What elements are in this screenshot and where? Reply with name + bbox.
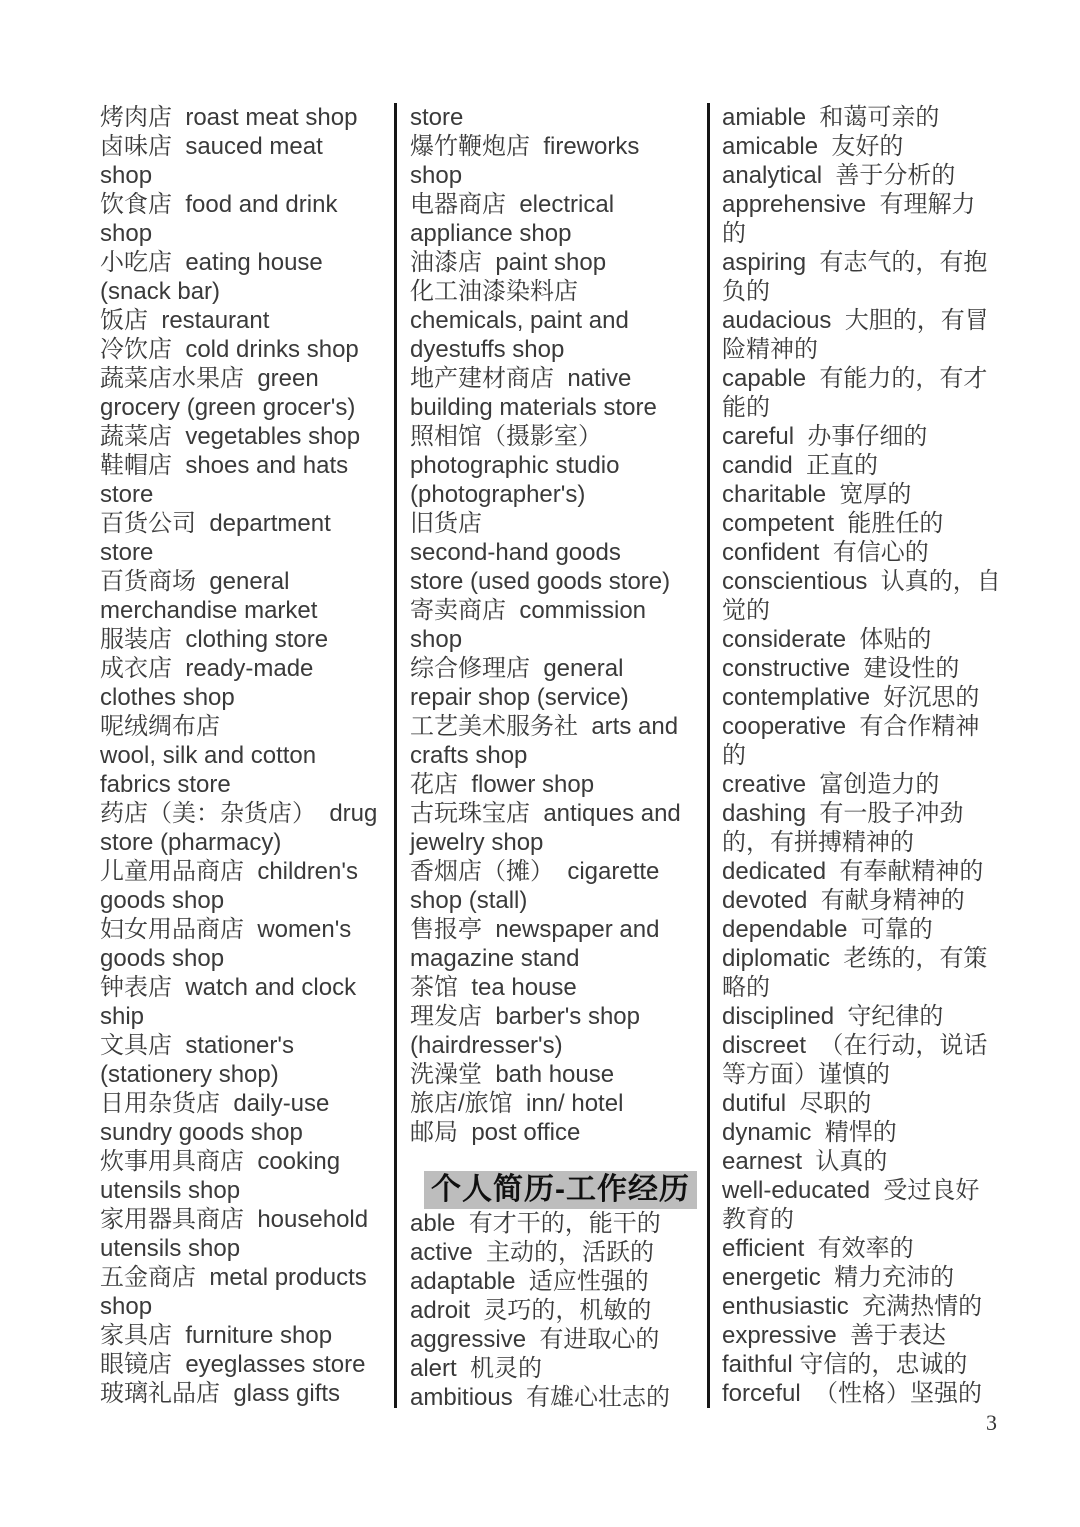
vocab-line: goods shop bbox=[100, 886, 394, 915]
vocab-line: 爆竹鞭炮店 fireworks bbox=[410, 132, 707, 161]
vocab-line: shop bbox=[410, 161, 707, 190]
page-content: 烤肉店 roast meat shop卤味店 sauced meatshop饮食… bbox=[100, 103, 1010, 1412]
vocab-line: 烤肉店 roast meat shop bbox=[100, 103, 394, 132]
vocab-line: adroit 灵巧的，机敏的 bbox=[410, 1296, 707, 1325]
vocab-line: 茶馆 tea house bbox=[410, 973, 707, 1002]
vocab-line: ship bbox=[100, 1002, 394, 1031]
vocab-line: dashing 有一股子冲劲 bbox=[722, 799, 1010, 828]
vocab-line: 文具店 stationer's bbox=[100, 1031, 394, 1060]
vocab-line: 觉的 bbox=[722, 596, 1010, 625]
vocab-line: ambitious 有雄心壮志的 bbox=[410, 1383, 707, 1412]
vocab-line: sundry goods shop bbox=[100, 1118, 394, 1147]
vocab-line: 百货商场 general bbox=[100, 567, 394, 596]
vocab-line: earnest 认真的 bbox=[722, 1147, 1010, 1176]
column-personal-quality-adjectives: amiable 和蔼可亲的amicable 友好的analytical 善于分析… bbox=[710, 103, 1010, 1408]
vocab-line: careful 办事仔细的 bbox=[722, 422, 1010, 451]
vocab-line: able 有才干的，能干的 bbox=[410, 1209, 707, 1238]
vocab-line: 照相馆（摄影室） bbox=[410, 422, 707, 451]
vocab-line: cooperative 有合作精神 bbox=[722, 712, 1010, 741]
vocab-line: aggressive 有进取心的 bbox=[410, 1325, 707, 1354]
vocab-line: expressive 善于表达 bbox=[722, 1321, 1010, 1350]
vocab-line: dependable 可靠的 bbox=[722, 915, 1010, 944]
vocab-line: competent 能胜任的 bbox=[722, 509, 1010, 538]
column-2-top-lines: store爆竹鞭炮店 fireworksshop电器商店 electricala… bbox=[410, 103, 707, 1147]
vocab-line: considerate 体贴的 bbox=[722, 625, 1010, 654]
vocab-line: second-hand goods bbox=[410, 538, 707, 567]
vocab-line: building materials store bbox=[410, 393, 707, 422]
vocab-line: 理发店 barber's shop bbox=[410, 1002, 707, 1031]
vocab-line: 的，有拼搏精神的 bbox=[722, 828, 1010, 857]
vocab-line: 卤味店 sauced meat bbox=[100, 132, 394, 161]
vocab-line: constructive 建设性的 bbox=[722, 654, 1010, 683]
vocab-line: 成衣店 ready-made bbox=[100, 654, 394, 683]
vocab-line: 教育的 bbox=[722, 1205, 1010, 1234]
vocab-line: 略的 bbox=[722, 973, 1010, 1002]
vocab-line: efficient 有效率的 bbox=[722, 1234, 1010, 1263]
vocab-line: well-educated 受过良好 bbox=[722, 1176, 1010, 1205]
vocab-line: 服装店 clothing store bbox=[100, 625, 394, 654]
vocab-line: 旧货店 bbox=[410, 509, 707, 538]
vocab-line: shop bbox=[410, 625, 707, 654]
vocab-line: 药店（美：杂货店） drug bbox=[100, 799, 394, 828]
vocab-line: devoted 有献身精神的 bbox=[722, 886, 1010, 915]
vocab-line: shop bbox=[100, 1292, 394, 1321]
vocab-line: fabrics store bbox=[100, 770, 394, 799]
vocab-line: 花店 flower shop bbox=[410, 770, 707, 799]
vocab-line: photographic studio bbox=[410, 451, 707, 480]
column-shop-vocabulary-2: store爆竹鞭炮店 fireworksshop电器商店 electricala… bbox=[397, 103, 707, 1412]
vocab-line: 蔬菜店水果店 green bbox=[100, 364, 394, 393]
vocab-line: charitable 宽厚的 bbox=[722, 480, 1010, 509]
vocab-line: 家具店 furniture shop bbox=[100, 1321, 394, 1350]
vocab-line: 的 bbox=[722, 219, 1010, 248]
vocab-line: crafts shop bbox=[410, 741, 707, 770]
vocab-line: 邮局 post office bbox=[410, 1118, 707, 1147]
vocab-line: analytical 善于分析的 bbox=[722, 161, 1010, 190]
vocab-line: 炊事用具商店 cooking bbox=[100, 1147, 394, 1176]
column-shop-vocabulary-1: 烤肉店 roast meat shop卤味店 sauced meatshop饮食… bbox=[100, 103, 394, 1408]
vocab-line: 等方面）谨慎的 bbox=[722, 1060, 1010, 1089]
vocab-line: active 主动的，活跃的 bbox=[410, 1238, 707, 1267]
column-2-bottom-lines: able 有才干的，能干的active 主动的，活跃的adaptable 适应性… bbox=[410, 1209, 707, 1412]
vocab-line: conscientious 认真的，自 bbox=[722, 567, 1010, 596]
vocab-line: contemplative 好沉思的 bbox=[722, 683, 1010, 712]
vocab-line: 小吃店 eating house bbox=[100, 248, 394, 277]
vocab-line: 饭店 restaurant bbox=[100, 306, 394, 335]
vocab-line: amiable 和蔼可亲的 bbox=[722, 103, 1010, 132]
vocab-line: 呢绒绸布店 bbox=[100, 712, 394, 741]
vocab-line: 负的 bbox=[722, 277, 1010, 306]
vocab-line: 地产建材商店 native bbox=[410, 364, 707, 393]
vocab-line: dyestuffs shop bbox=[410, 335, 707, 364]
vocab-line: store bbox=[410, 103, 707, 132]
vocab-line: chemicals, paint and bbox=[410, 306, 707, 335]
vocab-line: (hairdresser's) bbox=[410, 1031, 707, 1060]
vocab-line: audacious 大胆的，有冒 bbox=[722, 306, 1010, 335]
vocab-line: (snack bar) bbox=[100, 277, 394, 306]
vocab-line: magazine stand bbox=[410, 944, 707, 973]
vocab-line: merchandise market bbox=[100, 596, 394, 625]
vocab-line: apprehensive 有理解力 bbox=[722, 190, 1010, 219]
vocab-line: store (used goods store) bbox=[410, 567, 707, 596]
document-page: 烤肉店 roast meat shop卤味店 sauced meatshop饮食… bbox=[0, 0, 1080, 1527]
vocab-line: alert 机灵的 bbox=[410, 1354, 707, 1383]
vocab-line: confident 有信心的 bbox=[722, 538, 1010, 567]
vocab-line: 电器商店 electrical bbox=[410, 190, 707, 219]
vocab-line: 的 bbox=[722, 741, 1010, 770]
vocab-line: goods shop bbox=[100, 944, 394, 973]
vocab-line: 能的 bbox=[722, 393, 1010, 422]
vocab-line: candid 正直的 bbox=[722, 451, 1010, 480]
vocab-line: 儿童用品商店 children's bbox=[100, 857, 394, 886]
vocab-line: 寄卖商店 commission bbox=[410, 596, 707, 625]
vocab-line: 妇女用品商店 women's bbox=[100, 915, 394, 944]
vocab-line: 工艺美术服务社 arts and bbox=[410, 712, 707, 741]
page-number: 3 bbox=[986, 1410, 997, 1436]
vocab-line: 古玩珠宝店 antiques and bbox=[410, 799, 707, 828]
vocab-line: shop bbox=[100, 219, 394, 248]
vocab-line: capable 有能力的，有才 bbox=[722, 364, 1010, 393]
vocab-line: store bbox=[100, 480, 394, 509]
vocab-line: store bbox=[100, 538, 394, 567]
vocab-line: clothes shop bbox=[100, 683, 394, 712]
vocab-line: 眼镜店 eyeglasses store bbox=[100, 1350, 394, 1379]
vocab-line: utensils shop bbox=[100, 1176, 394, 1205]
vocab-line: 香烟店（摊） cigarette bbox=[410, 857, 707, 886]
vocab-line: jewelry shop bbox=[410, 828, 707, 857]
vocab-line: creative 富创造力的 bbox=[722, 770, 1010, 799]
vocab-line: energetic 精力充沛的 bbox=[722, 1263, 1010, 1292]
vocab-line: 险精神的 bbox=[722, 335, 1010, 364]
vocab-line: dedicated 有奉献精神的 bbox=[722, 857, 1010, 886]
vocab-line: shop (stall) bbox=[410, 886, 707, 915]
vocab-line: adaptable 适应性强的 bbox=[410, 1267, 707, 1296]
vocab-line: faithful 守信的，忠诚的 bbox=[722, 1350, 1010, 1379]
vocab-line: grocery (green grocer's) bbox=[100, 393, 394, 422]
vocab-line: amicable 友好的 bbox=[722, 132, 1010, 161]
vocab-line: 油漆店 paint shop bbox=[410, 248, 707, 277]
vocab-line: (photographer's) bbox=[410, 480, 707, 509]
vocab-line: enthusiastic 充满热情的 bbox=[722, 1292, 1010, 1321]
vocab-line: 家用器具商店 household bbox=[100, 1205, 394, 1234]
vocab-line: diplomatic 老练的，有策 bbox=[722, 944, 1010, 973]
vocab-line: 日用杂货店 daily-use bbox=[100, 1089, 394, 1118]
vocab-line: utensils shop bbox=[100, 1234, 394, 1263]
vocab-line: 百货公司 department bbox=[100, 509, 394, 538]
vocab-line: 洗澡堂 bath house bbox=[410, 1060, 707, 1089]
vocab-line: 蔬菜店 vegetables shop bbox=[100, 422, 394, 451]
vocab-line: 旅店/旅馆 inn/ hotel bbox=[410, 1089, 707, 1118]
vocab-line: shop bbox=[100, 161, 394, 190]
vocab-line: 玻璃礼品店 glass gifts bbox=[100, 1379, 394, 1408]
vocab-line: store (pharmacy) bbox=[100, 828, 394, 857]
vocab-line: discreet （在行动，说话 bbox=[722, 1031, 1010, 1060]
vocab-line: dutiful 尽职的 bbox=[722, 1089, 1010, 1118]
vocab-line: 综合修理店 general bbox=[410, 654, 707, 683]
vocab-line: 冷饮店 cold drinks shop bbox=[100, 335, 394, 364]
vocab-line: (stationery shop) bbox=[100, 1060, 394, 1089]
vocab-line: aspiring 有志气的，有抱 bbox=[722, 248, 1010, 277]
vocab-line: wool, silk and cotton bbox=[100, 741, 394, 770]
vocab-line: forceful （性格）坚强的 bbox=[722, 1379, 1010, 1408]
vocab-line: 饮食店 food and drink bbox=[100, 190, 394, 219]
vocab-line: 化工油漆染料店 bbox=[410, 277, 707, 306]
vocab-line: repair shop (service) bbox=[410, 683, 707, 712]
vocab-line: 售报亭 newspaper and bbox=[410, 915, 707, 944]
section-header-resume-work-experience: 个人简历-工作经历 bbox=[424, 1171, 697, 1209]
vocab-line: 钟表店 watch and clock bbox=[100, 973, 394, 1002]
vocab-line: dynamic 精悍的 bbox=[722, 1118, 1010, 1147]
vocab-line: disciplined 守纪律的 bbox=[722, 1002, 1010, 1031]
vocab-line: 五金商店 metal products bbox=[100, 1263, 394, 1292]
vocab-line: appliance shop bbox=[410, 219, 707, 248]
vocab-line: 鞋帽店 shoes and hats bbox=[100, 451, 394, 480]
